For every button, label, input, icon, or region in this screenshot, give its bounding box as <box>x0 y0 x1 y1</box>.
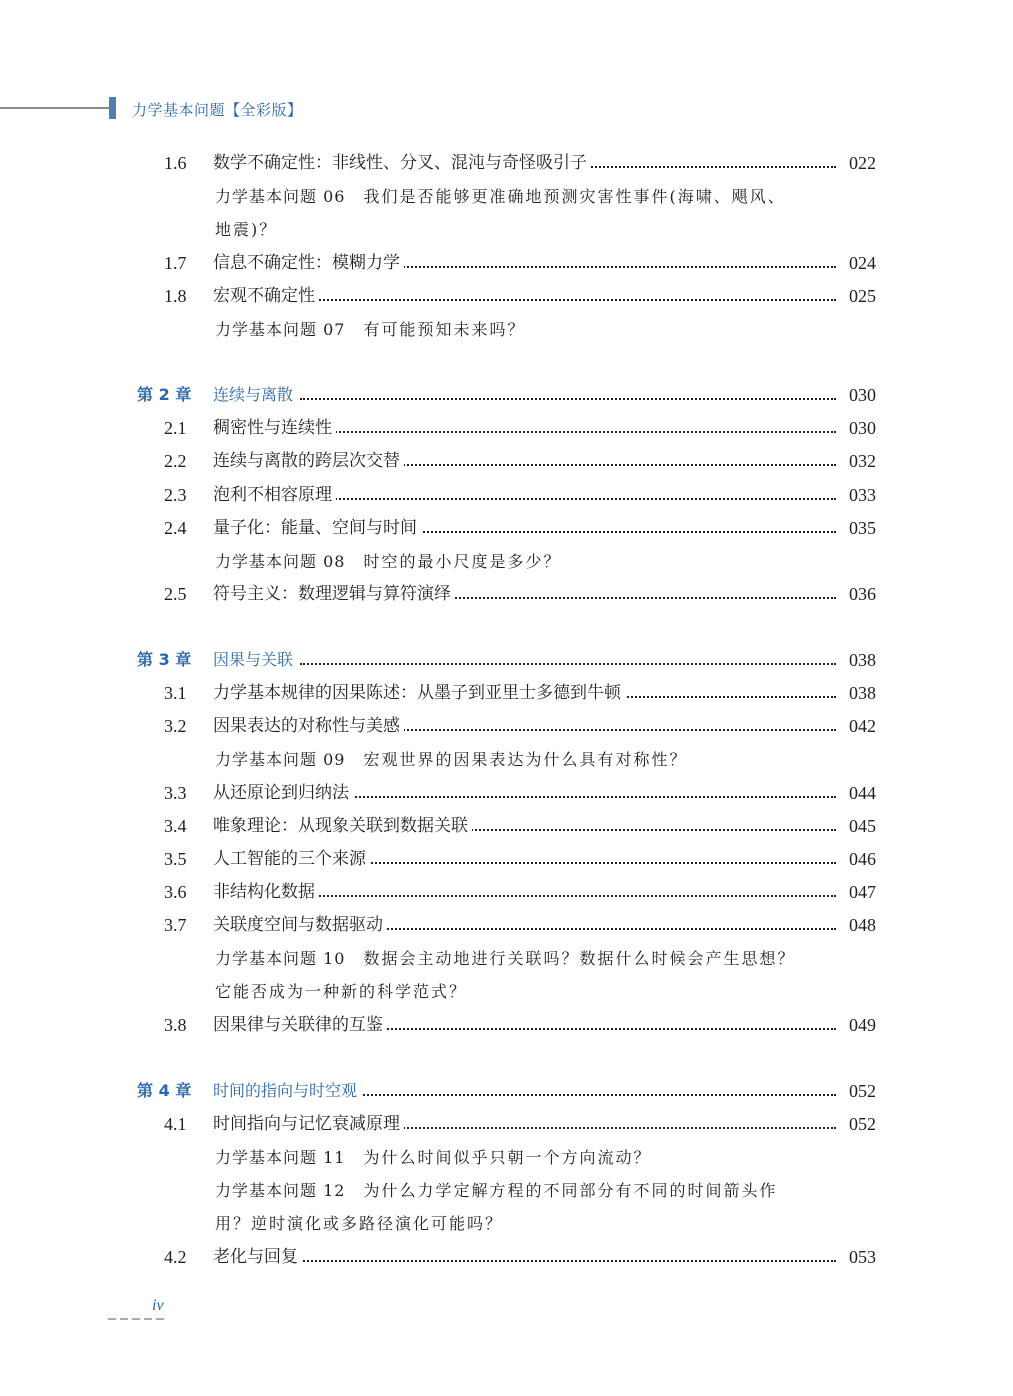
header-marker <box>109 97 116 119</box>
toc-section[interactable]: 3.5人工智能的三个来源046 <box>0 848 1013 881</box>
entry-title: 时间指向与记忆衰减原理 <box>213 1113 404 1135</box>
dot-leader <box>300 862 836 864</box>
question-label: 力学基本问题 10 <box>215 949 345 968</box>
toc-section[interactable]: 3.4唯象理论：从现象关联到数据关联045 <box>0 815 1013 848</box>
entry-title: 宏观不确定性 <box>213 285 319 307</box>
chapter-label: 第 4 章 <box>137 1080 191 1102</box>
toc-section[interactable]: 1.8宏观不确定性025 <box>0 285 1013 318</box>
section-number: 1.7 <box>164 252 187 274</box>
page-ref: 035 <box>846 517 876 539</box>
dot-leader <box>300 299 836 301</box>
toc-section[interactable]: 1.6数学不确定性：非线性、分叉、混沌与奇怪吸引子022 <box>0 152 1013 185</box>
dot-leader <box>300 663 836 665</box>
toc-chapter[interactable]: 第 2 章连续与离散030 <box>0 384 1013 417</box>
toc-question[interactable]: 力学基本问题 09 宏观世界的因果表达为什么具有对称性？ <box>215 749 687 771</box>
toc-question[interactable]: 力学基本问题 11 为什么时间似乎只朝一个方向流动？ <box>215 1147 651 1169</box>
entry-title: 力学基本规律的因果陈述：从墨子到亚里士多德到牛顿 <box>213 682 625 704</box>
entry-title: 因果表达的对称性与美感 <box>213 715 404 737</box>
section-number: 4.1 <box>164 1113 187 1135</box>
section-number: 3.8 <box>164 1014 187 1036</box>
page-ref: 047 <box>846 881 876 903</box>
page-ref: 046 <box>846 848 876 870</box>
question-text: 时空的最小尺度是多少？ <box>363 552 561 571</box>
entry-title: 数学不确定性：非线性、分叉、混沌与奇怪吸引子 <box>213 152 591 174</box>
page-ref: 042 <box>846 715 876 737</box>
question-text: 它能否成为一种新的科学范式？ <box>215 982 467 1001</box>
toc-section[interactable]: 1.7信息不确定性：模糊力学024 <box>0 252 1013 285</box>
question-label: 力学基本问题 06 <box>215 187 345 206</box>
toc-section[interactable]: 2.4量子化：能量、空间与时间035 <box>0 517 1013 550</box>
section-number: 3.6 <box>164 881 187 903</box>
toc-section[interactable]: 3.7关联度空间与数据驱动048 <box>0 914 1013 947</box>
entry-title: 因果律与关联律的互鉴 <box>213 1014 387 1036</box>
page-ref: 038 <box>846 682 876 704</box>
question-text: 宏观世界的因果表达为什么具有对称性？ <box>363 750 687 769</box>
page-ref: 033 <box>846 484 876 506</box>
question-label: 力学基本问题 11 <box>215 1148 345 1167</box>
toc-question[interactable]: 力学基本问题 12 为什么力学定解方程的不同部分有不同的时间箭头作 <box>215 1180 777 1202</box>
dot-leader <box>300 1260 836 1262</box>
toc-chapter[interactable]: 第 3 章因果与关联038 <box>0 649 1013 682</box>
toc-section[interactable]: 3.1力学基本规律的因果陈述：从墨子到亚里士多德到牛顿038 <box>0 682 1013 715</box>
page-ref: 049 <box>846 1014 876 1036</box>
page-ref: 036 <box>846 583 876 605</box>
question-text: 有可能预知未来吗？ <box>363 320 525 339</box>
question-text: 为什么力学定解方程的不同部分有不同的时间箭头作 <box>363 1181 777 1200</box>
entry-title: 唯象理论：从现象关联到数据关联 <box>213 815 472 837</box>
entry-title: 量子化：能量、空间与时间 <box>213 517 421 539</box>
toc-question[interactable]: 用？逆时演化或多路径演化可能吗？ <box>215 1213 503 1235</box>
toc-question[interactable]: 地震)？ <box>215 219 277 241</box>
entry-title: 符号主义：数理逻辑与算符演绎 <box>213 583 455 605</box>
section-number: 3.1 <box>164 682 187 704</box>
entry-title: 从还原论到归纳法 <box>213 782 353 804</box>
page-ref: 025 <box>846 285 876 307</box>
page-ref: 053 <box>846 1246 876 1268</box>
entry-title: 信息不确定性：模糊力学 <box>213 252 404 274</box>
toc-question[interactable]: 力学基本问题 10 数据会主动地进行关联吗？数据什么时候会产生思想？ <box>215 948 795 970</box>
dot-leader <box>300 895 836 897</box>
page-ref: 032 <box>846 450 876 472</box>
section-number: 2.2 <box>164 450 187 472</box>
toc-chapter[interactable]: 第 4 章时间的指向与时空观052 <box>0 1080 1013 1113</box>
section-number: 3.5 <box>164 848 187 870</box>
page-ref: 038 <box>846 649 876 671</box>
entry-title: 因果与关联 <box>213 649 297 671</box>
toc-question[interactable]: 力学基本问题 06 我们是否能够更准确地预测灾害性事件(海啸、飓风、 <box>215 186 786 208</box>
section-number: 3.4 <box>164 815 187 837</box>
toc-section[interactable]: 2.5符号主义：数理逻辑与算符演绎036 <box>0 583 1013 616</box>
toc-section[interactable]: 4.1时间指向与记忆衰减原理052 <box>0 1113 1013 1146</box>
section-number: 1.6 <box>164 152 187 174</box>
dot-leader <box>300 498 836 500</box>
section-number: 3.2 <box>164 715 187 737</box>
toc-section[interactable]: 2.3泡利不相容原理033 <box>0 484 1013 517</box>
page-ref: 024 <box>846 252 876 274</box>
question-text: 用？逆时演化或多路径演化可能吗？ <box>215 1214 503 1233</box>
chapter-label: 第 3 章 <box>137 649 191 671</box>
chapter-label: 第 2 章 <box>137 384 191 406</box>
toc-section[interactable]: 2.1稠密性与连续性030 <box>0 417 1013 450</box>
section-number: 2.4 <box>164 517 187 539</box>
question-text: 数据会主动地进行关联吗？数据什么时候会产生思想？ <box>363 949 795 968</box>
section-number: 2.5 <box>164 583 187 605</box>
entry-title: 非结构化数据 <box>213 881 319 903</box>
entry-title: 连续与离散 <box>213 384 297 406</box>
dot-leader <box>300 796 836 798</box>
entry-title: 时间的指向与时空观 <box>213 1080 361 1102</box>
entry-title: 老化与回复 <box>213 1246 302 1268</box>
entry-title: 泡利不相容原理 <box>213 484 336 506</box>
section-number: 3.7 <box>164 914 187 936</box>
page-ref: 030 <box>846 417 876 439</box>
question-label: 力学基本问题 07 <box>215 320 345 339</box>
question-text: 我们是否能够更准确地预测灾害性事件(海啸、飓风、 <box>363 187 785 206</box>
header-rule <box>0 107 110 109</box>
entry-title: 连续与离散的跨层次交替 <box>213 450 404 472</box>
entry-title: 关联度空间与数据驱动 <box>213 914 387 936</box>
dot-leader <box>300 1094 836 1096</box>
page-ref: 052 <box>846 1080 876 1102</box>
question-label: 力学基本问题 12 <box>215 1181 345 1200</box>
page-ref: 045 <box>846 815 876 837</box>
toc-section[interactable]: 3.8因果律与关联律的互鉴049 <box>0 1014 1013 1047</box>
running-header-title: 力学基本问题【全彩版】 <box>132 99 303 120</box>
question-text: 地震)？ <box>215 220 277 239</box>
question-text: 为什么时间似乎只朝一个方向流动？ <box>363 1148 651 1167</box>
question-label: 力学基本问题 09 <box>215 750 345 769</box>
entry-title: 人工智能的三个来源 <box>213 848 370 870</box>
entry-title: 稠密性与连续性 <box>213 417 336 439</box>
section-number: 3.3 <box>164 782 187 804</box>
section-number: 1.8 <box>164 285 187 307</box>
toc-section[interactable]: 4.2老化与回复053 <box>0 1246 1013 1279</box>
toc-section[interactable]: 3.2因果表达的对称性与美感042 <box>0 715 1013 748</box>
page-ref: 030 <box>846 384 876 406</box>
toc-question[interactable]: 力学基本问题 08 时空的最小尺度是多少？ <box>215 551 561 573</box>
toc-section[interactable]: 3.3从还原论到归纳法044 <box>0 782 1013 815</box>
dot-leader <box>300 431 836 433</box>
question-label: 力学基本问题 08 <box>215 552 345 571</box>
section-number: 2.1 <box>164 417 187 439</box>
toc-section[interactable]: 2.2连续与离散的跨层次交替032 <box>0 450 1013 483</box>
footer-dash-decoration <box>108 1318 166 1320</box>
section-number: 2.3 <box>164 484 187 506</box>
section-number: 4.2 <box>164 1246 187 1268</box>
page-number: iv <box>152 1297 164 1315</box>
page-ref: 044 <box>846 782 876 804</box>
toc-question[interactable]: 力学基本问题 07 有可能预知未来吗？ <box>215 319 525 341</box>
page-ref: 052 <box>846 1113 876 1135</box>
toc-question[interactable]: 它能否成为一种新的科学范式？ <box>215 981 467 1003</box>
page-ref: 022 <box>846 152 876 174</box>
page-ref: 048 <box>846 914 876 936</box>
dot-leader <box>300 398 836 400</box>
toc-section[interactable]: 3.6非结构化数据047 <box>0 881 1013 914</box>
